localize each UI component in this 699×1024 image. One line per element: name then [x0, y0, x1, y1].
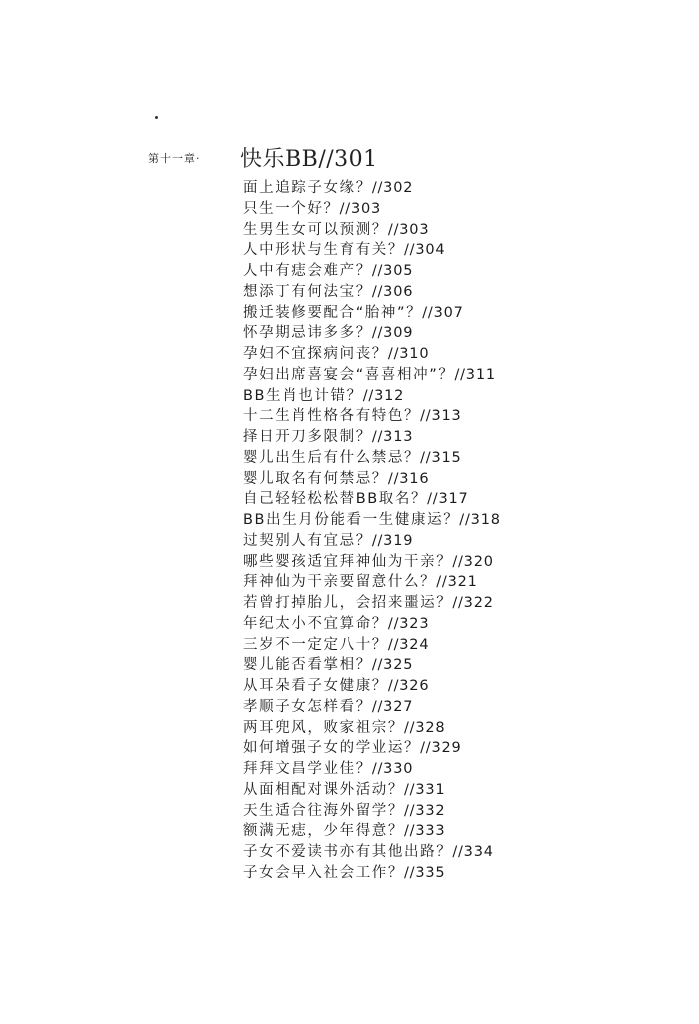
- entry-title: 三岁不一定定八十？: [243, 637, 388, 653]
- toc-entry[interactable]: BB生肖也计错？//312: [243, 386, 501, 407]
- toc-entry[interactable]: 生男生女可以预测？//303: [243, 220, 501, 241]
- entry-page: //322: [452, 595, 493, 611]
- entry-page: //327: [372, 699, 413, 715]
- entry-title: 两耳兜风，败家祖宗？: [243, 720, 404, 736]
- entry-title: 想添丁有何法宝？: [243, 284, 372, 300]
- entry-title: 人中有痣会难产？: [243, 263, 372, 279]
- toc-entry[interactable]: 额满无痣，少年得意？//333: [243, 821, 501, 842]
- toc-entry[interactable]: 从耳朵看子女健康？//326: [243, 676, 501, 697]
- toc-entry[interactable]: 人中有痣会难产？//305: [243, 261, 501, 282]
- entry-title: 子女不爱读书亦有其他出路？: [243, 844, 452, 860]
- toc-entry[interactable]: 拜神仙为干亲要留意什么？//321: [243, 572, 501, 593]
- toc-entry[interactable]: 自己轻轻松松替BB取名？//317: [243, 489, 501, 510]
- toc-entry[interactable]: 过契别人有宜忌？//319: [243, 531, 501, 552]
- entry-page: //334: [452, 844, 493, 860]
- entry-page: //326: [388, 678, 429, 694]
- toc-entry[interactable]: 如何增强子女的学业运？//329: [243, 738, 501, 759]
- entry-page: //319: [372, 533, 413, 549]
- toc-entry[interactable]: 人中形状与生育有关？//304: [243, 240, 501, 261]
- entry-title: 过契别人有宜忌？: [243, 533, 372, 549]
- entry-page: //335: [404, 865, 445, 881]
- entry-title: 婴儿取名有何禁忌？: [243, 471, 388, 487]
- entry-title: 额满无痣，少年得意？: [243, 823, 404, 839]
- entry-page: //332: [404, 803, 445, 819]
- toc-entry[interactable]: 孝顺子女怎样看？//327: [243, 697, 501, 718]
- entry-page: //317: [427, 491, 468, 507]
- entry-title: 哪些婴孩适宜拜神仙为干亲？: [243, 554, 452, 570]
- entry-title: 拜神仙为干亲要留意什么？: [243, 574, 436, 590]
- entry-title: 孕妇不宜探病问丧？: [243, 346, 388, 362]
- entry-title: 孕妇出席喜宴会“喜喜相冲”？: [243, 367, 454, 383]
- entry-page: //313: [372, 429, 413, 445]
- entry-page: //315: [420, 450, 461, 466]
- entry-title: 婴儿出生后有什么禁忌？: [243, 450, 420, 466]
- entry-title: 从耳朵看子女健康？: [243, 678, 388, 694]
- entry-title: 只生一个好？: [243, 201, 340, 217]
- entry-title: 十二生肖性格各有特色？: [243, 408, 420, 424]
- toc-entry[interactable]: 只生一个好？//303: [243, 199, 501, 220]
- entry-page: //324: [388, 637, 429, 653]
- toc-entry[interactable]: 子女会早入社会工作？//335: [243, 863, 501, 884]
- entry-page: //313: [420, 408, 461, 424]
- entry-page: //306: [372, 284, 413, 300]
- entry-page: //318: [459, 512, 500, 528]
- entry-title: 子女会早入社会工作？: [243, 865, 404, 881]
- entry-title: 择日开刀多限制？: [243, 429, 372, 445]
- entry-title: 若曾打掉胎儿，会招来噩运？: [243, 595, 452, 611]
- entry-title: BB生肖也计错？: [243, 388, 363, 404]
- entry-title: 年纪太小不宜算命？: [243, 616, 388, 632]
- entry-title: 如何增强子女的学业运？: [243, 740, 420, 756]
- entry-title: 天生适合往海外留学？: [243, 803, 404, 819]
- toc-entry[interactable]: 两耳兜风，败家祖宗？//328: [243, 718, 501, 739]
- entry-page: //331: [404, 782, 445, 798]
- entry-page: //304: [404, 242, 445, 258]
- entry-page: //309: [372, 325, 413, 341]
- toc-entry[interactable]: 哪些婴孩适宜拜神仙为干亲？//320: [243, 552, 501, 573]
- toc-entry[interactable]: 从面相配对课外活动？//331: [243, 780, 501, 801]
- chapter-title: 快乐BB//301: [240, 142, 378, 173]
- entry-title: 搬迁装修要配合“胎神”？: [243, 305, 422, 321]
- toc-entry[interactable]: 婴儿取名有何禁忌？//316: [243, 469, 501, 490]
- toc-entry[interactable]: 想添丁有何法宝？//306: [243, 282, 501, 303]
- toc-entry[interactable]: 面上追踪子女缘？//302: [243, 178, 501, 199]
- chapter-label: 第十一章·: [148, 150, 201, 166]
- scan-speck: [155, 116, 158, 119]
- entry-page: //330: [372, 761, 413, 777]
- toc-entry[interactable]: 拜拜文昌学业佳？//330: [243, 759, 501, 780]
- entry-page: //333: [404, 823, 445, 839]
- entry-title: 婴儿能否看掌相？: [243, 657, 372, 673]
- entry-page: //325: [372, 657, 413, 673]
- entry-title: 自己轻轻松松替BB取名？: [243, 491, 427, 507]
- entry-page: //312: [363, 388, 404, 404]
- toc-entry[interactable]: 婴儿能否看掌相？//325: [243, 655, 501, 676]
- toc-entry[interactable]: 孕妇不宜探病问丧？//310: [243, 344, 501, 365]
- entry-page: //305: [372, 263, 413, 279]
- entry-page: //303: [388, 222, 429, 238]
- entry-page: //328: [404, 720, 445, 736]
- toc-entry[interactable]: 子女不爱读书亦有其他出路？//334: [243, 842, 501, 863]
- entry-title: 从面相配对课外活动？: [243, 782, 404, 798]
- entry-title: 孝顺子女怎样看？: [243, 699, 372, 715]
- toc-list: 面上追踪子女缘？//302 只生一个好？//303 生男生女可以预测？//303…: [243, 178, 501, 884]
- entry-title: 人中形状与生育有关？: [243, 242, 404, 258]
- toc-entry[interactable]: 婴儿出生后有什么禁忌？//315: [243, 448, 501, 469]
- toc-entry[interactable]: 若曾打掉胎儿，会招来噩运？//322: [243, 593, 501, 614]
- toc-entry[interactable]: 十二生肖性格各有特色？//313: [243, 406, 501, 427]
- toc-entry[interactable]: 怀孕期忌讳多多？//309: [243, 323, 501, 344]
- toc-entry[interactable]: 搬迁装修要配合“胎神”？//307: [243, 303, 501, 324]
- entry-page: //320: [452, 554, 493, 570]
- entry-title: BB出生月份能看一生健康运？: [243, 512, 459, 528]
- toc-entry[interactable]: BB出生月份能看一生健康运？//318: [243, 510, 501, 531]
- entry-page: //310: [388, 346, 429, 362]
- toc-entry[interactable]: 年纪太小不宜算命？//323: [243, 614, 501, 635]
- entry-page: //302: [372, 180, 413, 196]
- toc-entry[interactable]: 三岁不一定定八十？//324: [243, 635, 501, 656]
- entry-page: //321: [436, 574, 477, 590]
- entry-title: 拜拜文昌学业佳？: [243, 761, 372, 777]
- entry-page: //311: [454, 367, 495, 383]
- toc-entry[interactable]: 孕妇出席喜宴会“喜喜相冲”？//311: [243, 365, 501, 386]
- entry-page: //323: [388, 616, 429, 632]
- toc-entry[interactable]: 择日开刀多限制？//313: [243, 427, 501, 448]
- entry-page: //303: [340, 201, 381, 217]
- entry-title: 生男生女可以预测？: [243, 222, 388, 238]
- entry-title: 怀孕期忌讳多多？: [243, 325, 372, 341]
- entry-page: //316: [388, 471, 429, 487]
- entry-page: //329: [420, 740, 461, 756]
- toc-entry[interactable]: 天生适合往海外留学？//332: [243, 801, 501, 822]
- entry-page: //307: [422, 305, 463, 321]
- entry-title: 面上追踪子女缘？: [243, 180, 372, 196]
